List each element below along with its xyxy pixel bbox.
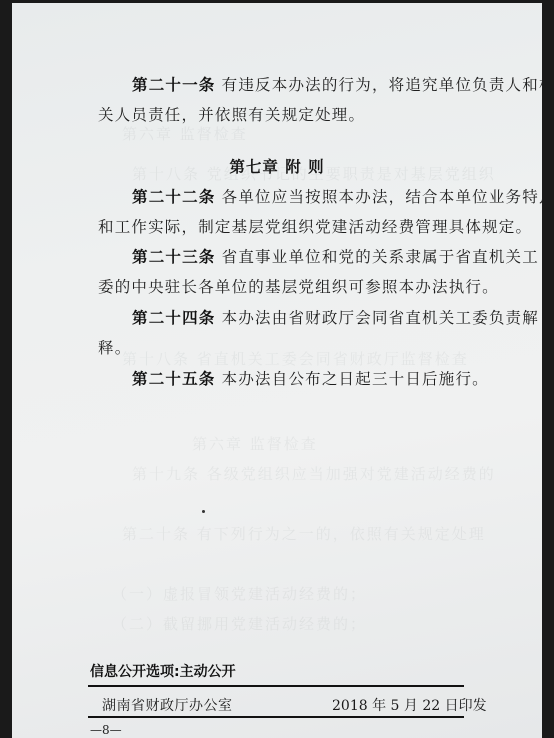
article-22-line-2: 和工作实际，制定基层党组织党建活动经费管理具体规定。 — [98, 215, 532, 237]
article-label: 第二十五条 — [132, 369, 216, 388]
article-23-line-2: 委的中央驻长各单位的基层党组织可参照本办法执行。 — [98, 275, 499, 297]
article-21-line-2: 关人员责任，并依照有关规定处理。 — [98, 103, 365, 125]
bleed-through-text: （一）虚报冒领党建活动经费的； — [112, 583, 542, 604]
article-label: 第二十一条 — [132, 75, 216, 94]
article-25-line-1: 第二十五条 本办法自公布之日起三十日后施行。 — [132, 367, 489, 389]
stray-mark — [202, 510, 205, 513]
issue-date: 2018 年 5 月 22 日印发 — [332, 695, 487, 715]
bleed-through-text: 第六章 监督检查 — [122, 123, 542, 144]
bleed-through-text: 第十八条 省直机关工委会同省财政厅监督检查 — [122, 348, 542, 369]
bleed-through-text: 第二十条 有下列行为之一的，依照有关规定处理 — [122, 523, 542, 544]
document-page: 第六章 监督检查 第十八条 党组织书记的主要职责是对基层党组织 第十八条 省直机… — [12, 3, 542, 738]
article-23-line-1: 第二十三条 省直事业单位和党的关系隶属于省直机关工 — [132, 245, 539, 267]
article-24-line-2: 释。 — [98, 336, 131, 358]
article-label: 第二十四条 — [132, 308, 216, 327]
disclosure-option: 信息公开选项:主动公开 — [90, 661, 236, 681]
bleed-through-text: （二）截留挪用党建活动经费的； — [112, 613, 542, 634]
article-21-line-1: 第二十一条 有违反本办法的行为，将追究单位负责人和相 — [132, 73, 542, 95]
issuing-office: 湖南省财政厅办公室 — [102, 695, 233, 715]
footer-top-rule — [88, 685, 464, 687]
article-label: 第二十三条 — [132, 247, 216, 266]
bleed-through-text: 第六章 监督检查 — [192, 433, 542, 454]
page-number: —8— — [90, 723, 122, 737]
article-label: 第二十二条 — [132, 187, 216, 206]
article-24-line-1: 第二十四条 本办法由省财政厅会同省直机关工委负责解 — [132, 306, 539, 328]
footer-bottom-rule — [88, 716, 464, 718]
bleed-through-text: 第十九条 各级党组织应当加强对党建活动经费的 — [132, 463, 542, 484]
article-22-line-1: 第二十二条 各单位应当按照本办法，结合本单位业务特点 — [132, 185, 542, 207]
chapter-title: 第七章 附 则 — [12, 155, 542, 177]
